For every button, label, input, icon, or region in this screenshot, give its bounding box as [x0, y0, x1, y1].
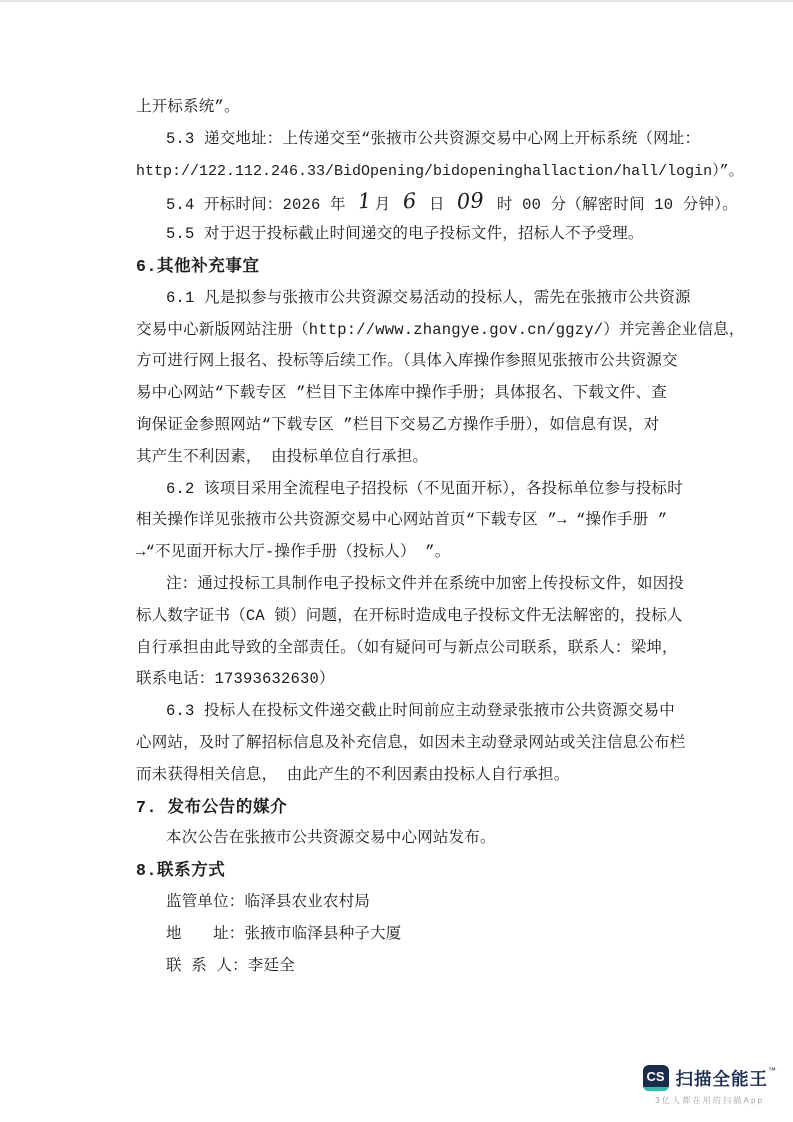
text-line: 标人数字证书（CA 锁）问题，在开标时造成电子投标文件无法解密的，投标人	[136, 601, 666, 633]
text-segment: 日	[420, 196, 455, 214]
text-line: 相关操作详见张掖市公共资源交易中心网站首页“下载专区 ”→ “操作手册 ”	[136, 505, 666, 537]
text-line: 注：通过投标工具制作电子投标文件并在系统中加密上传投标文件，如因投	[136, 569, 666, 601]
document-text: 上开标系统”。5.3 递交地址：上传递交至“张掖市公共资源交易中心网上开标系统（…	[136, 92, 666, 982]
text-line: 6.1 凡是拟参与张掖市公共资源交易活动的投标人，需先在张掖市公共资源	[136, 283, 666, 315]
text-line: 6.2 该项目采用全流程电子招投标（不见面开标），各投标单位参与投标时	[136, 474, 666, 506]
text-line: →“不见面开标大厅-操作手册（投标人） ”。	[136, 537, 666, 569]
text-line: 监管单位：临泽县农业农村局	[136, 887, 666, 919]
text-line: 本次公告在张掖市公共资源交易中心网站发布。	[136, 823, 666, 855]
section-heading: 8.联系方式	[136, 855, 666, 887]
text-line: 5.4 开标时间：2026 年 1月 6 日 09 时 00 分（解密时间 10…	[136, 187, 666, 219]
text-segment: 时 00 分（解密时间 10 分钟）。	[487, 196, 737, 214]
camscanner-tagline: 3亿人都在用的扫描App	[643, 1095, 778, 1106]
text-line: http://122.112.246.33/BidOpening/bidopen…	[136, 156, 666, 188]
handwritten-value: 1	[354, 186, 376, 219]
camscanner-brand-row: CS 扫描全能王™	[643, 1065, 778, 1091]
text-line: 交易中心新版网站注册（http://www.zhangye.gov.cn/ggz…	[136, 315, 666, 347]
text-line: 联 系 人：李廷全	[136, 951, 666, 983]
text-line: 易中心网站“下载专区 ”栏目下主体库中操作手册；具体报名、下载文件、查	[136, 378, 666, 410]
text-line: 5.5 对于迟于投标截止时间递交的电子投标文件，招标人不予受理。	[136, 219, 666, 251]
text-line: 询保证金参照网站“下载专区 ”栏目下交易乙方操作手册），如信息有误，对	[136, 410, 666, 442]
text-line: 5.3 递交地址：上传递交至“张掖市公共资源交易中心网上开标系统（网址：	[136, 124, 666, 156]
text-line: 联系电话：17393632630）	[136, 664, 666, 696]
cs-badge-letters: CS	[646, 1069, 664, 1084]
text-segment: 5.4 开标时间：2026 年	[166, 196, 355, 214]
section-heading: 7. 发布公告的媒介	[136, 792, 666, 824]
handwritten-value: 09	[453, 185, 488, 219]
text-line: 心网站，及时了解招标信息及补充信息，如因未主动登录网站或关注信息公布栏	[136, 728, 666, 760]
text-line: 6.3 投标人在投标文件递交截止时间前应主动登录张掖市公共资源交易中	[136, 696, 666, 728]
brand-name-text: 扫描全能王	[676, 1069, 769, 1089]
text-line: 而未获得相关信息， 由此产生的不利因素由投标人自行承担。	[136, 760, 666, 792]
text-line: 自行承担由此导致的全部责任。（如有疑问可与新点公司联系，联系人：梁坤，	[136, 633, 666, 665]
handwritten-value: 6	[399, 186, 421, 219]
text-line: 地 址：张掖市临泽县种子大厦	[136, 919, 666, 951]
text-line: 上开标系统”。	[136, 92, 666, 124]
text-line: 其产生不利因素， 由投标单位自行承担。	[136, 442, 666, 474]
camscanner-watermark: CS 扫描全能王™ 3亿人都在用的扫描App	[643, 1065, 778, 1106]
scan-edge-artifact	[0, 0, 793, 2]
trademark-symbol: ™	[768, 1066, 777, 1075]
camscanner-logo-icon: CS	[643, 1065, 669, 1091]
text-line: 方可进行网上报名、投标等后续工作。（具体入库操作参照见张掖市公共资源交	[136, 346, 666, 378]
document-page: 上开标系统”。5.3 递交地址：上传递交至“张掖市公共资源交易中心网上开标系统（…	[0, 0, 793, 1122]
text-segment: 月	[375, 196, 400, 214]
section-heading: 6.其他补充事宜	[136, 251, 666, 283]
camscanner-brand-name: 扫描全能王™	[676, 1066, 778, 1091]
